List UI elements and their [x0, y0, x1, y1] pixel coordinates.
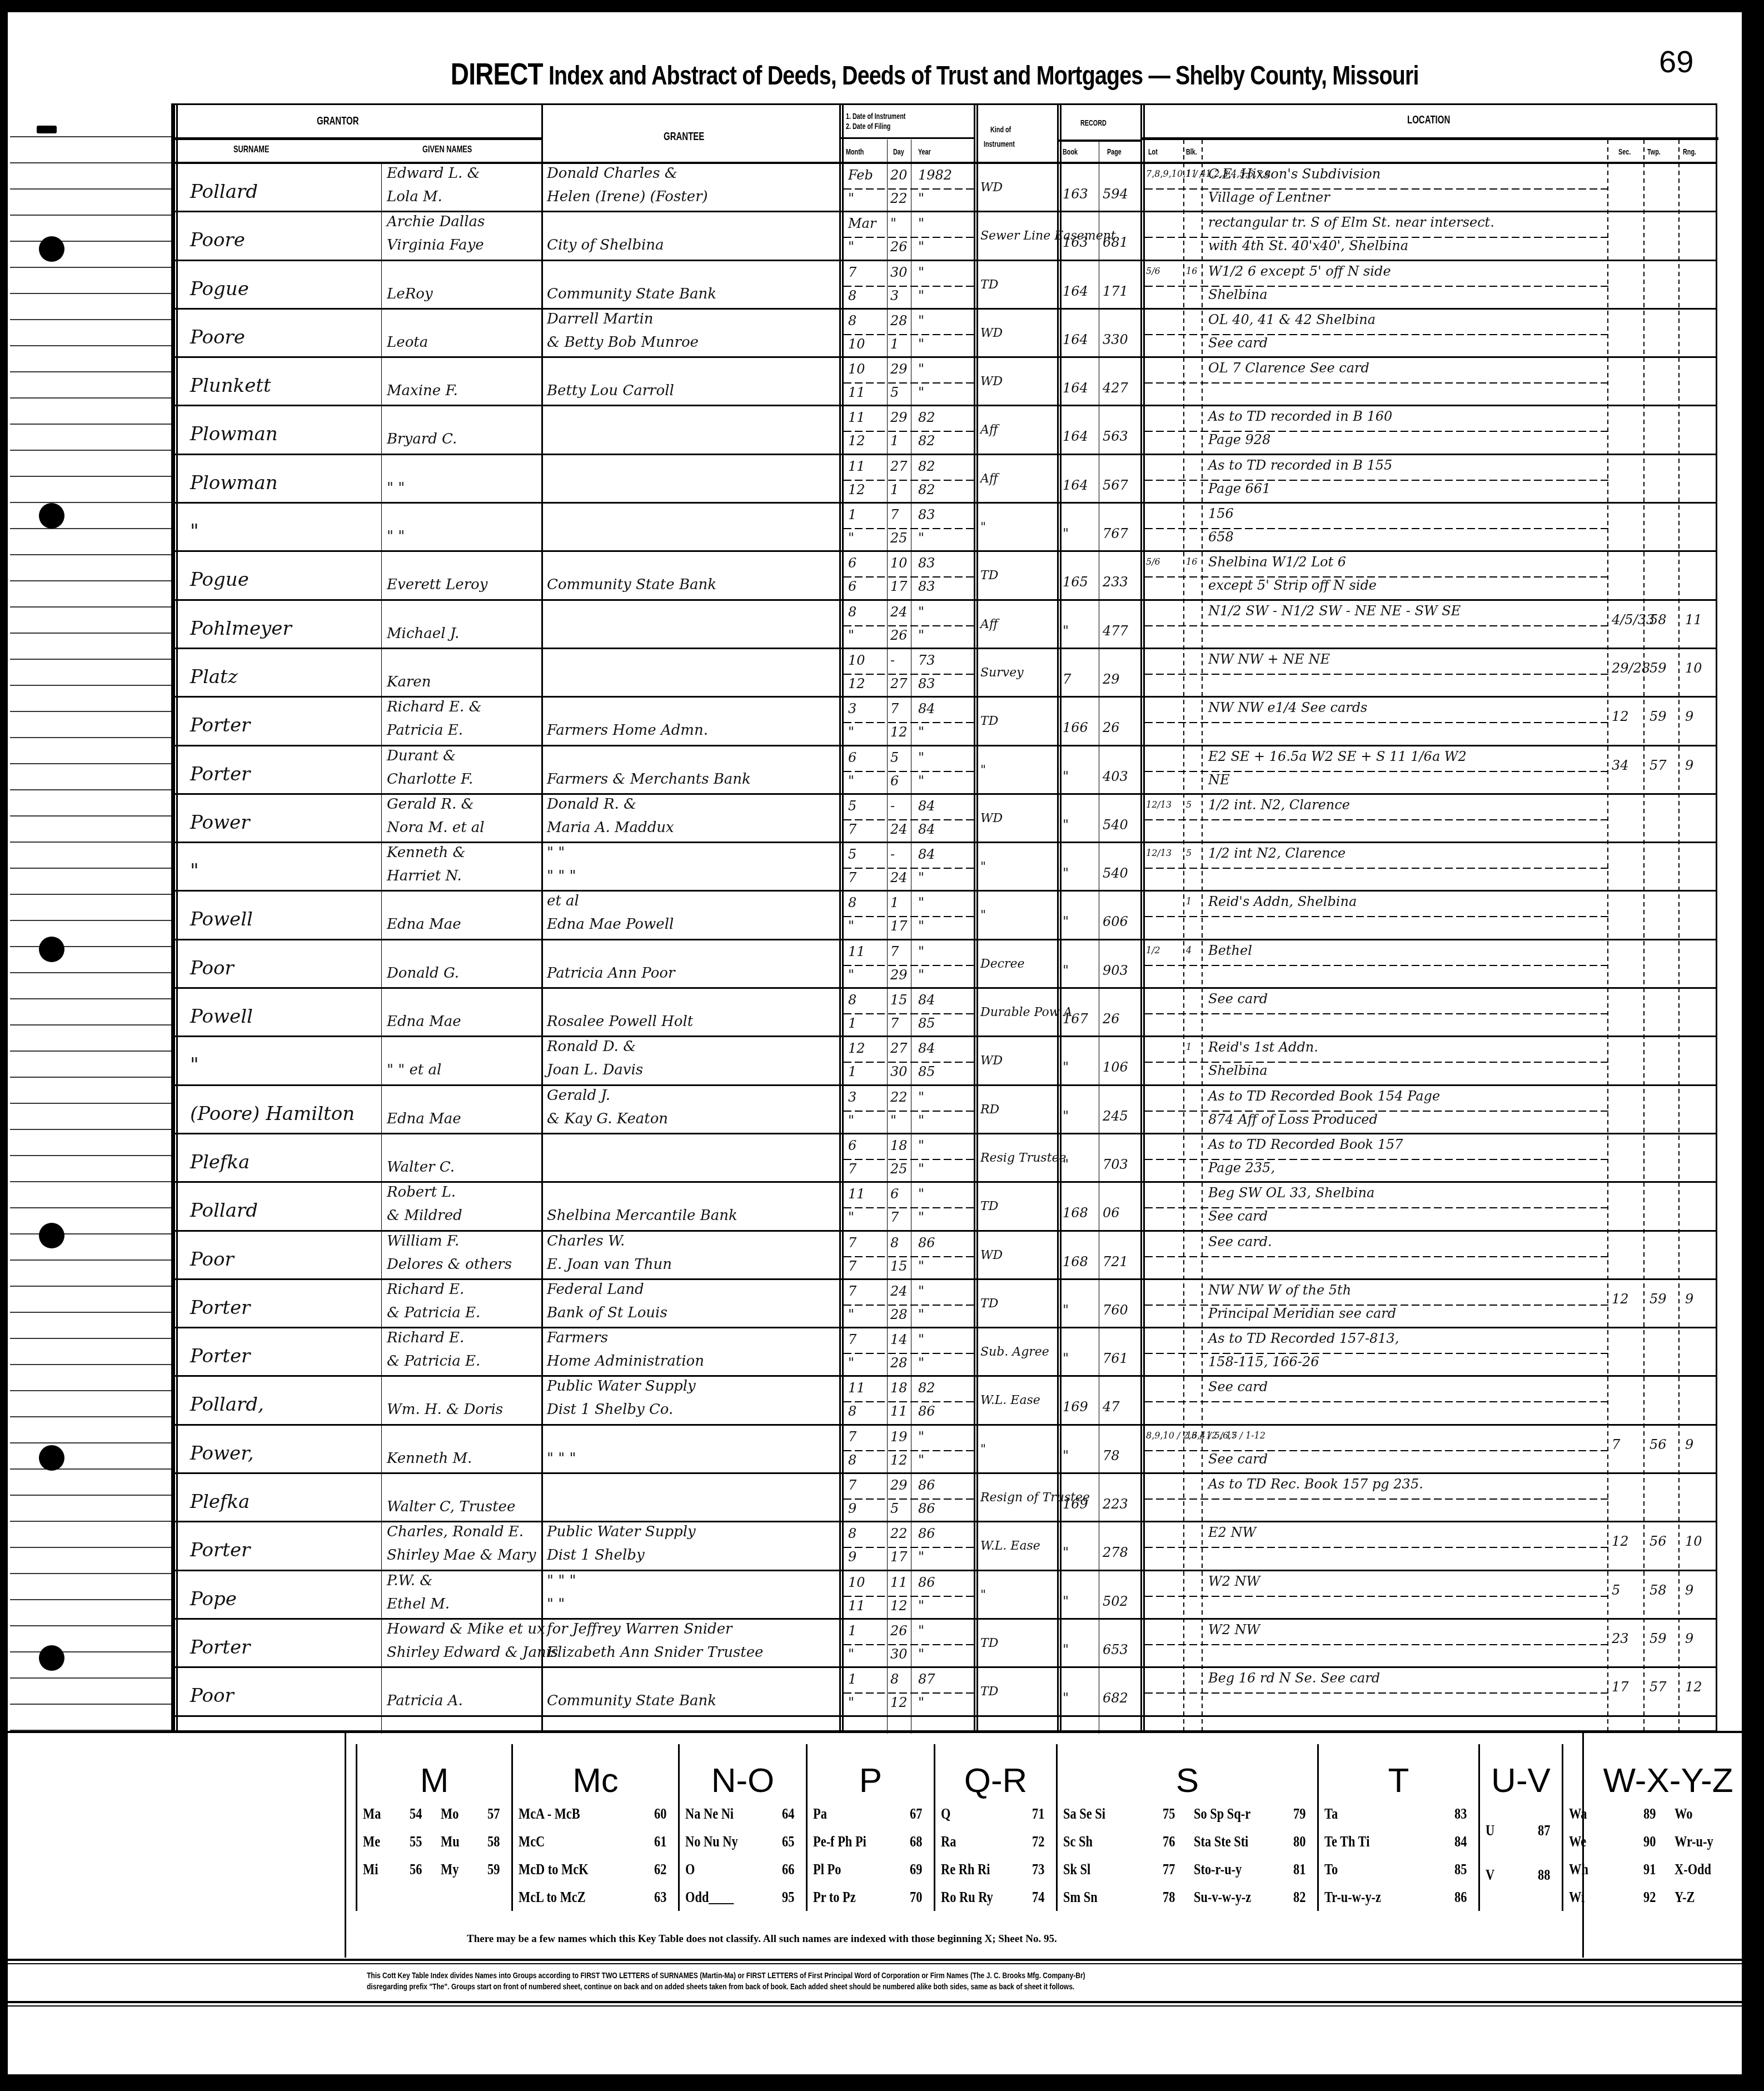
grantor-surname: Plefka [190, 1151, 250, 1173]
location-desc-line2: See card [1208, 1451, 1268, 1467]
grantor-surname: " [190, 1054, 199, 1076]
key-item-label: Sc Sh [1063, 1833, 1093, 1851]
location-section: 29/28 [1612, 660, 1650, 676]
instrument-day: 18 [890, 1138, 908, 1153]
record-book: " [1063, 623, 1069, 639]
key-item-label: V [1486, 1866, 1494, 1884]
location-range: 9 [1685, 1437, 1693, 1452]
filing-month: 8 [848, 288, 856, 303]
grantor-given-line1: Archie Dallas [387, 213, 485, 230]
grantee-line2: Patricia Ann Poor [547, 965, 675, 982]
grantee-line2: " " [547, 1596, 565, 1612]
record-book: 168 [1063, 1254, 1088, 1269]
filing-month: " [848, 1695, 854, 1710]
key-item-label: Pl Po [813, 1861, 841, 1879]
grantor-given-line2: Bryard C. [387, 431, 457, 447]
key-item-label: Na Ne Ni [685, 1805, 734, 1823]
key-item-sheet-number: 95 [1749, 1861, 1761, 1879]
filing-year: " [918, 288, 924, 303]
location-block: 16 / 12 / 15 [1186, 1430, 1237, 1441]
grantor-surname: Poore [190, 326, 245, 348]
record-page: 06 [1103, 1205, 1120, 1221]
location-desc-line1: See card [1208, 991, 1268, 1007]
row-subline [1145, 1644, 1612, 1645]
table-row: PowellEdna Maeet alEdna Mae Powell81""17… [173, 892, 1716, 940]
location-desc-line2: Page 235, [1208, 1160, 1275, 1176]
record-book: " [1063, 865, 1069, 881]
filing-year: 85 [918, 1064, 935, 1079]
filing-year: " [918, 1355, 924, 1371]
instrument-year: " [918, 1332, 924, 1347]
instrument-day: " [890, 216, 896, 231]
table-row: PooreLeotaDarrell Martin& Betty Bob Munr… [173, 310, 1716, 358]
location-range: 9 [1685, 758, 1693, 773]
header-grantor: GRANTOR [317, 115, 359, 128]
key-item-sheet-number: 81 [1293, 1861, 1305, 1879]
filing-day: 1 [890, 433, 899, 449]
table-row: Power,Kenneth M." " "719"812"""788,9,10 … [173, 1426, 1716, 1474]
scan-edge-top [0, 0, 1764, 12]
instrument-year: 86 [918, 1575, 935, 1590]
filing-year: " [918, 773, 924, 789]
filing-year: " [918, 191, 924, 206]
location-block: 1 [1186, 896, 1192, 907]
instrument-kind: " [980, 763, 986, 777]
grantee-line2: Rosalee Powell Holt [547, 1013, 693, 1030]
header-location: LOCATION [1407, 114, 1450, 127]
instrument-kind: " [980, 908, 986, 922]
instrument-kind: WD [980, 181, 1003, 195]
grantor-given-line2: Donald G. [387, 965, 459, 982]
grantee-line1: Public Water Supply [547, 1378, 696, 1395]
location-desc-line1: W2 NW [1208, 1622, 1260, 1637]
key-item-sheet-number: 71 [1032, 1805, 1044, 1823]
filing-month: 11 [848, 385, 865, 400]
location-desc-line1: OL 7 Clarence See card [1208, 360, 1369, 376]
instrument-month: 11 [848, 1380, 865, 1396]
grantee-line2: Dist 1 Shelby [547, 1547, 645, 1564]
filing-day: 26 [890, 239, 908, 255]
table-row: PorterRichard E.& Patricia E.FarmersHome… [173, 1328, 1716, 1377]
table-row: PoorPatricia A.Community State Bank1887"… [173, 1668, 1716, 1716]
record-page: 245 [1103, 1108, 1128, 1124]
instrument-year: 82 [918, 1380, 935, 1396]
key-group-letter: S [1058, 1761, 1317, 1800]
filing-month: 7 [848, 1161, 856, 1177]
grantor-given-line2: Virginia Faye [387, 237, 484, 253]
instrument-year: " [918, 1138, 924, 1153]
key-item-label: Sk Sl [1063, 1861, 1090, 1879]
location-township: 57 [1650, 758, 1667, 773]
table-row: PorterHoward & Mike et uxShirley Edward … [173, 1620, 1716, 1668]
instrument-day: - [890, 847, 895, 862]
filing-month: 9 [848, 1549, 856, 1565]
grantee-line1: " " [547, 844, 565, 861]
grantor-given-line2: Shirley Edward & Janis [387, 1644, 558, 1661]
table-row: PlunkettMaxine F.Betty Lou Carroll1029"1… [173, 358, 1716, 406]
instrument-day: 15 [890, 992, 908, 1008]
record-page: 78 [1103, 1448, 1120, 1463]
instrument-year: 87 [918, 1671, 935, 1687]
filing-day: 6 [890, 773, 899, 789]
filing-month: 12 [848, 433, 865, 449]
key-item-label: We [1569, 1833, 1586, 1851]
record-page: 26 [1103, 720, 1120, 735]
header-rule [1140, 137, 1718, 140]
grantor-given-line1: Durant & [387, 748, 456, 764]
instrument-year: 82 [918, 410, 935, 425]
instrument-kind: Sub. Agree [980, 1345, 1049, 1359]
row-subline [844, 1256, 978, 1257]
key-item-sheet-number: 70 [910, 1889, 922, 1906]
filing-month: 1 [848, 1015, 856, 1031]
record-page: 606 [1103, 914, 1128, 929]
key-item-sheet-number: 68 [910, 1833, 922, 1851]
key-item-label: Pa [813, 1805, 827, 1823]
row-subline [1145, 722, 1612, 723]
key-item-label: Wo [1675, 1805, 1692, 1823]
record-book: " [1063, 1157, 1069, 1172]
row-subline [1145, 868, 1612, 869]
instrument-kind: Aff [980, 472, 998, 486]
ledger-rows: PollardEdward L. &Lola M.Donald Charles … [173, 164, 1716, 1717]
location-block: 16 [1186, 266, 1197, 276]
table-row: PorterCharles, Ronald E.Shirley Mae & Ma… [173, 1522, 1716, 1571]
grantee-line1: Farmers [547, 1330, 608, 1346]
filing-day: 25 [890, 530, 908, 546]
row-subline [844, 1644, 978, 1645]
instrument-month: 8 [848, 313, 856, 328]
key-item-sheet-number: 82 [1293, 1889, 1305, 1906]
row-subline [1145, 625, 1612, 626]
location-desc-line1: Beg SW OL 33, Shelbina [1208, 1185, 1374, 1201]
grantor-surname: Pogue [190, 278, 249, 300]
grantor-surname: Pollard [190, 181, 258, 203]
grantor-surname: Porter [190, 1539, 250, 1561]
grantee-line2: E. Joan van Thun [547, 1256, 672, 1273]
instrument-year: 83 [918, 555, 935, 571]
location-section: 17 [1612, 1679, 1629, 1695]
key-table-bottom-rule [8, 1959, 1742, 1961]
key-item-sheet-number: 75 [1163, 1805, 1175, 1823]
instrument-month: 7 [848, 1429, 856, 1445]
key-group-letter: U-V [1480, 1761, 1562, 1800]
location-range: 12 [1685, 1679, 1702, 1695]
grantee-line2: Elizabeth Ann Snider Trustee [547, 1644, 764, 1661]
record-page: 106 [1103, 1059, 1128, 1075]
key-item-sheet-number: 61 [654, 1833, 666, 1851]
location-range: 10 [1685, 1534, 1702, 1549]
location-desc-line1: As to TD recorded in B 155 [1208, 457, 1392, 473]
location-section: 7 [1612, 1437, 1620, 1452]
instrument-month: 7 [848, 1283, 856, 1299]
instrument-day: 29 [890, 1477, 908, 1493]
instrument-month: 8 [848, 992, 856, 1008]
key-item-sheet-number: 54 [410, 1805, 422, 1823]
grantee-line1: Gerald J. [547, 1087, 610, 1104]
key-item-label: So Sp Sq-r [1194, 1805, 1250, 1823]
filing-month: 6 [848, 579, 856, 594]
record-page: 29 [1103, 671, 1120, 687]
row-subline [844, 1207, 978, 1208]
row-subline [844, 528, 978, 529]
filing-day: 26 [890, 628, 908, 643]
record-book: " [1063, 1351, 1069, 1366]
row-subline [1145, 1596, 1612, 1597]
filing-year: " [918, 1646, 924, 1662]
instrument-day: 26 [890, 1623, 908, 1639]
key-item-label: Ma [363, 1805, 381, 1823]
grantee-line1: et al [547, 893, 579, 909]
record-book: " [1063, 1448, 1069, 1463]
page-title: DIRECT Index and Abstract of Deeds, Deed… [451, 56, 1417, 92]
location-township: 56 [1650, 1437, 1667, 1452]
table-row: PlatzKaren10-73122783Survey729NW NW + NE… [173, 649, 1716, 698]
record-book: 168 [1063, 1205, 1088, 1221]
instrument-month: 1 [848, 1623, 856, 1639]
location-township: 58 [1650, 612, 1667, 628]
record-book: " [1063, 1594, 1069, 1609]
header-rule [1057, 140, 1140, 142]
record-book: 164 [1063, 429, 1088, 444]
key-item-sheet-number: 57 [487, 1805, 500, 1823]
location-desc-line2: 158-115, 166-26 [1208, 1354, 1319, 1370]
instrument-day: 20 [890, 167, 908, 183]
instrument-year: " [918, 1283, 924, 1299]
key-item-sheet-number: 87 [1538, 1822, 1550, 1840]
filing-day: 12 [890, 1598, 908, 1614]
location-section: 4/5/33 [1612, 612, 1655, 628]
row-subline [844, 1305, 978, 1306]
header-month: Month [846, 147, 864, 157]
filing-year: " [918, 1549, 924, 1565]
filing-day: 11 [890, 1403, 908, 1419]
margin-ruling [10, 111, 171, 1734]
filing-day: 17 [890, 918, 908, 934]
location-range: 9 [1685, 709, 1693, 724]
location-desc-line2: See card [1208, 1208, 1268, 1224]
grantee-line2: Maria A. Maddux [547, 819, 674, 836]
grantor-surname: Porter [190, 1636, 250, 1659]
location-desc-line2: Page 661 [1208, 481, 1270, 496]
row-subline [844, 1401, 978, 1402]
location-desc-line1: Beg 16 rd N Se. See card [1208, 1670, 1380, 1686]
footer-rule [8, 2005, 1742, 2007]
header-twp: Twp. [1647, 147, 1661, 157]
location-desc-line2: Shelbina [1208, 1063, 1268, 1078]
location-lot: 5/6 [1146, 556, 1160, 567]
binder-hole-icon [39, 937, 64, 962]
filing-day: 30 [890, 1064, 908, 1079]
row-subline [844, 1547, 978, 1548]
grantee-line2: Community State Bank [547, 286, 716, 302]
instrument-year: " [918, 604, 924, 620]
key-item-sheet-number: 64 [782, 1805, 794, 1823]
filing-day: 30 [890, 1646, 908, 1662]
grantee-line1: Charles W. [547, 1233, 625, 1249]
record-page: 703 [1103, 1157, 1128, 1172]
instrument-month: 1 [848, 507, 856, 522]
grantor-given-line2: Walter C, Trustee [387, 1498, 515, 1515]
grantor-given-line2: & Patricia E. [387, 1353, 480, 1370]
table-row: "" " et alRonald D. &Joan L. Davis122784… [173, 1037, 1716, 1086]
key-item-sheet-number: 73 [1032, 1861, 1044, 1879]
row-subline [844, 286, 978, 287]
location-desc-line1: OL 40, 41 & 42 Shelbina [1208, 312, 1376, 327]
record-book: " [1063, 1108, 1069, 1124]
key-item-sheet-number: 91 [1643, 1861, 1656, 1879]
key-item-sheet-number: 56 [410, 1861, 422, 1879]
filing-day: 7 [890, 1015, 899, 1031]
key-item-label: Mu [441, 1833, 460, 1851]
filing-year: 85 [918, 1015, 935, 1031]
key-item-label: No Nu Ny [685, 1833, 738, 1851]
record-page: 653 [1103, 1642, 1128, 1657]
location-desc-line1: As to TD Recorded 157-813, [1208, 1331, 1399, 1346]
instrument-day: 8 [890, 1671, 899, 1687]
filing-day: 15 [890, 1258, 908, 1274]
location-desc-line1: Reid's Addn, Shelbina [1208, 894, 1357, 909]
key-group-s: SSa Se Si75Sc Sh76Sk Sl77Sm Sn78So Sp Sq… [1056, 1744, 1317, 1911]
grantor-surname: Pohlmeyer [190, 618, 292, 640]
filing-month: 10 [848, 336, 865, 352]
record-book: " [1063, 963, 1069, 978]
record-book: 169 [1063, 1399, 1088, 1415]
instrument-year: 86 [918, 1477, 935, 1493]
key-group-p: PPa67Pe-f Ph Pi68Pl Po69Pr to Pz70 [806, 1744, 934, 1911]
key-item-label: Me [363, 1833, 380, 1851]
record-page: 26 [1103, 1011, 1120, 1027]
record-book: 164 [1063, 477, 1088, 493]
record-page: 761 [1103, 1351, 1128, 1366]
key-item-sheet-number: 59 [487, 1861, 500, 1879]
filing-day: 17 [890, 1549, 908, 1565]
instrument-year: 84 [918, 701, 935, 716]
location-desc-line1: As to TD Recorded Book 157 [1208, 1137, 1403, 1152]
filing-month: 11 [848, 1598, 865, 1614]
instrument-month: 10 [848, 1575, 865, 1590]
record-book: 163 [1063, 186, 1088, 202]
key-item-sheet-number: 58 [487, 1833, 500, 1851]
row-subline [1145, 1013, 1612, 1014]
instrument-year: 73 [918, 653, 935, 668]
table-row: Plowman" "11278212182Aff164567As to TD r… [173, 455, 1716, 504]
key-item-sheet-number: 86 [1454, 1889, 1467, 1906]
table-row: PlefkaWalter C, Trustee729869586Resign o… [173, 1474, 1716, 1522]
instrument-day: 30 [890, 265, 908, 280]
filing-year: 83 [918, 579, 935, 594]
location-township: 59 [1650, 1631, 1667, 1646]
filing-day: 7 [890, 1209, 899, 1225]
instrument-year: " [918, 216, 924, 231]
key-item-sheet-number: 84 [1454, 1833, 1467, 1851]
location-township: 58 [1650, 1582, 1667, 1598]
instrument-day: 1 [890, 895, 899, 910]
location-desc-line1: C.E. Hixson's Subdivision [1208, 166, 1381, 182]
table-row: (Poore) HamiltonEdna MaeGerald J.& Kay G… [173, 1086, 1716, 1134]
filing-year: " [918, 967, 924, 983]
record-page: 721 [1103, 1254, 1128, 1269]
record-page: 233 [1103, 574, 1128, 590]
location-section: 5 [1612, 1582, 1620, 1598]
header-kind: Kind of [990, 125, 1011, 135]
instrument-month: 11 [848, 1186, 865, 1202]
filing-day: 28 [890, 1355, 908, 1371]
instrument-kind: WD [980, 1054, 1003, 1068]
location-desc-line2: Village of Lentner [1208, 190, 1330, 205]
filing-day: 12 [890, 1452, 908, 1468]
grantor-surname: Poor [190, 957, 234, 979]
location-lot: 12/13 [1146, 799, 1172, 810]
instrument-year: " [918, 1089, 924, 1105]
key-item-sheet-number: 83 [1454, 1805, 1467, 1823]
instrument-day: 11 [890, 1575, 908, 1590]
table-row: PlowmanBryard C.11298212182Aff164563As t… [173, 406, 1716, 455]
filing-month: " [848, 1113, 854, 1128]
key-group-letter: W-X-Y-Z [1563, 1761, 1764, 1800]
filing-month: 1 [848, 1064, 856, 1079]
row-subline [844, 965, 978, 966]
record-page: 47 [1103, 1399, 1120, 1415]
grantor-surname: Power [190, 811, 250, 834]
row-subline [844, 674, 978, 675]
key-group-m: MMa54Me55Mi56Mo57Mu58My59 [356, 1744, 511, 1911]
record-page: 427 [1103, 380, 1128, 396]
location-block: 16 [1186, 556, 1197, 567]
row-subline [844, 1159, 978, 1160]
header-blk: Blk. [1186, 147, 1197, 157]
grantor-surname: " [190, 860, 199, 882]
instrument-day: 6 [890, 1186, 899, 1202]
key-item-label: McL to McZ [519, 1889, 586, 1906]
key-item-sheet-number: 94 [1749, 1833, 1761, 1851]
grantee-line1: Ronald D. & [547, 1038, 636, 1055]
instrument-day: 29 [890, 361, 908, 377]
filing-month: " [848, 1209, 854, 1225]
filing-day: 24 [890, 870, 908, 885]
key-item-sheet-number: 92 [1643, 1889, 1656, 1906]
grantee-line2: Community State Bank [547, 1692, 716, 1709]
grantor-surname: Powell [190, 908, 253, 930]
instrument-day: 7 [890, 701, 899, 716]
record-book: 163 [1063, 235, 1088, 250]
location-desc-line1: Bethel [1208, 943, 1252, 958]
grantor-given-line2: & Mildred [387, 1207, 462, 1224]
location-desc-line2: 658 [1208, 529, 1234, 545]
grantee-line2: & Betty Bob Munroe [547, 334, 699, 351]
table-row: PorterRichard E. &Patricia E.Farmers Hom… [173, 698, 1716, 746]
grantor-given-line2: Wm. H. & Doris [387, 1401, 503, 1418]
table-row: PogueLeRoyCommunity State Bank730"83"TD1… [173, 261, 1716, 310]
row-subline [844, 188, 978, 190]
grantor-surname: Porter [190, 763, 250, 785]
instrument-year: " [918, 1186, 924, 1202]
binder-hole-icon [39, 1445, 64, 1471]
record-book: 167 [1063, 1011, 1088, 1027]
grantor-surname: Porter [190, 1345, 250, 1367]
instrument-month: 11 [848, 410, 865, 425]
table-row: PowerGerald R. &Nora M. et alDonald R. &… [173, 795, 1716, 843]
grantor-surname: Plowman [190, 472, 278, 494]
instrument-year: " [918, 265, 924, 280]
filing-year: " [918, 1161, 924, 1177]
row-subline [1145, 1256, 1612, 1257]
location-township: 57 [1650, 1679, 1667, 1695]
instrument-month: Mar [848, 216, 876, 231]
filing-month: 9 [848, 1501, 856, 1516]
header-date-instrument: 1. Date of Instrument [846, 112, 905, 122]
key-group-mc: McMcA - McB60McC61McD to McK62McL to McZ… [511, 1744, 678, 1911]
